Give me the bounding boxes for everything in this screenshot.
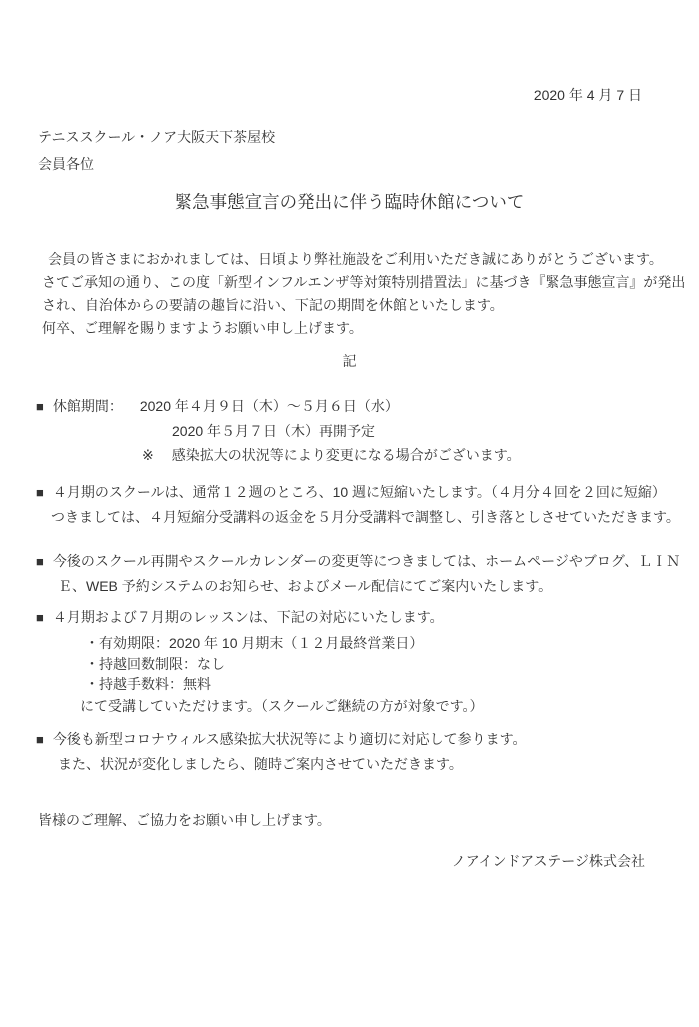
company-signature: ノアインドアステージ株式会社 — [452, 851, 645, 871]
lesson-policy-subitem: ・持越回数制限：なし — [85, 654, 483, 675]
bullet-square-icon: ■ — [36, 606, 44, 630]
intro-line: 何卒、ご理解を賜りますようお願い申し上げます。 — [42, 317, 685, 340]
closing-remark: 皆様のご理解、ご協力をお願い申し上げます。 — [38, 810, 331, 830]
intro-line: され、自治体からの要請の趣旨に沿い、下記の期間を休館といたします。 — [42, 294, 685, 317]
schedule-shortening-item: ■４月期のスクールは、通常１２週のところ、10 週に短縮いたします。（４月分４回… — [36, 480, 680, 529]
closure-note-line: ※感染拡大の状況等により変更になる場合がございます。 — [142, 443, 521, 467]
future-response-item: ■今後も新型コロナウィルス感染拡大状況等により適切に対応して参ります。 また、状… — [36, 727, 526, 776]
record-heading: 記 — [0, 351, 699, 371]
closure-reopen-line: 2020 年５月７日（木）再開予定 — [172, 419, 521, 443]
schedule-shortening-line: ■４月期のスクールは、通常１２週のところ、10 週に短縮いたします。（４月分４回… — [36, 480, 680, 505]
closure-period-line: ■休館期間：2020 年４月９日（木）～５月６日（水） — [36, 394, 521, 419]
lesson-policy-text: ４月期および７月期のレッスンは、下記の対応にいたします。 — [53, 609, 444, 625]
addressee: 会員各位 — [38, 154, 94, 174]
future-response-text: 今後も新型コロナウィルス感染拡大状況等により適切に対応して参ります。 — [53, 731, 527, 747]
lesson-policy-item: ■４月期および７月期のレッスンは、下記の対応にいたします。 ・有効期限：2020… — [36, 605, 483, 717]
bullet-square-icon: ■ — [36, 481, 44, 505]
intro-line: 会員の皆さまにおかれましては、日頃より弊社施設をご利用いただき誠にありがとうござ… — [42, 248, 685, 271]
schedule-shortening-continuation: つきましては、４月短縮分受講料の返金を５月分受講料で調整し、引き落としさせていた… — [51, 505, 680, 529]
reopening-notice-continuation: Ｅ、WEB 予約システムのお知らせ、およびメール配信にてご案内いたします。 — [58, 574, 680, 598]
lesson-policy-sublist: ・有効期限：2020 年 10 月期末（１２月最終営業日） ・持越回数制限：なし… — [36, 633, 483, 717]
lesson-policy-subitem: ・有効期限：2020 年 10 月期末（１２月最終営業日） — [85, 633, 483, 654]
closure-period-value: 2020 年４月９日（木）～５月６日（水） — [140, 398, 399, 414]
reopening-notice-line: ■今後のスクール再開やスクールカレンダーの変更等につきましては、ホームページやブ… — [36, 549, 680, 574]
lesson-policy-closing: にて受講していただけます。（スクールご継続の方が対象です。） — [80, 696, 483, 717]
school-name: テニススクール・ノア大阪天下茶屋校 — [38, 127, 275, 147]
document-date: 2020 年 4 月 7 日 — [534, 85, 642, 105]
intro-paragraph: 会員の皆さまにおかれましては、日頃より弊社施設をご利用いただき誠にありがとうござ… — [42, 248, 685, 340]
reference-mark-icon: ※ — [142, 443, 154, 467]
bullet-square-icon: ■ — [36, 728, 44, 752]
intro-line: さてご承知の通り、この度「新型インフルエンザ等対策特別措置法」に基づき『緊急事態… — [42, 271, 685, 294]
reopening-notice-item: ■今後のスクール再開やスクールカレンダーの変更等につきましては、ホームページやブ… — [36, 549, 680, 598]
document-page: 2020 年 4 月 7 日 テニススクール・ノア大阪天下茶屋校 会員各位 緊急… — [0, 0, 699, 1027]
future-response-line: ■今後も新型コロナウィルス感染拡大状況等により適切に対応して参ります。 — [36, 727, 526, 752]
lesson-policy-line: ■４月期および７月期のレッスンは、下記の対応にいたします。 — [36, 605, 483, 630]
closure-period-item: ■休館期間：2020 年４月９日（木）～５月６日（水） 2020 年５月７日（木… — [36, 394, 521, 467]
bullet-square-icon: ■ — [36, 395, 44, 419]
lesson-policy-subitem: ・持越手数料：無料 — [85, 674, 483, 695]
closure-label: 休館期間： — [53, 394, 123, 418]
future-response-continuation: また、状況が変化しましたら、随時ご案内させていただきます。 — [58, 752, 526, 776]
document-title: 緊急事態宣言の発出に伴う臨時休館について — [0, 189, 699, 214]
reopening-notice-text: 今後のスクール再開やスクールカレンダーの変更等につきましては、ホームページやブロ… — [53, 553, 680, 569]
schedule-shortening-text: ４月期のスクールは、通常１２週のところ、10 週に短縮いたします。（４月分４回を… — [53, 484, 666, 500]
bullet-square-icon: ■ — [36, 550, 44, 574]
closure-note-text: 感染拡大の状況等により変更になる場合がございます。 — [172, 447, 521, 463]
